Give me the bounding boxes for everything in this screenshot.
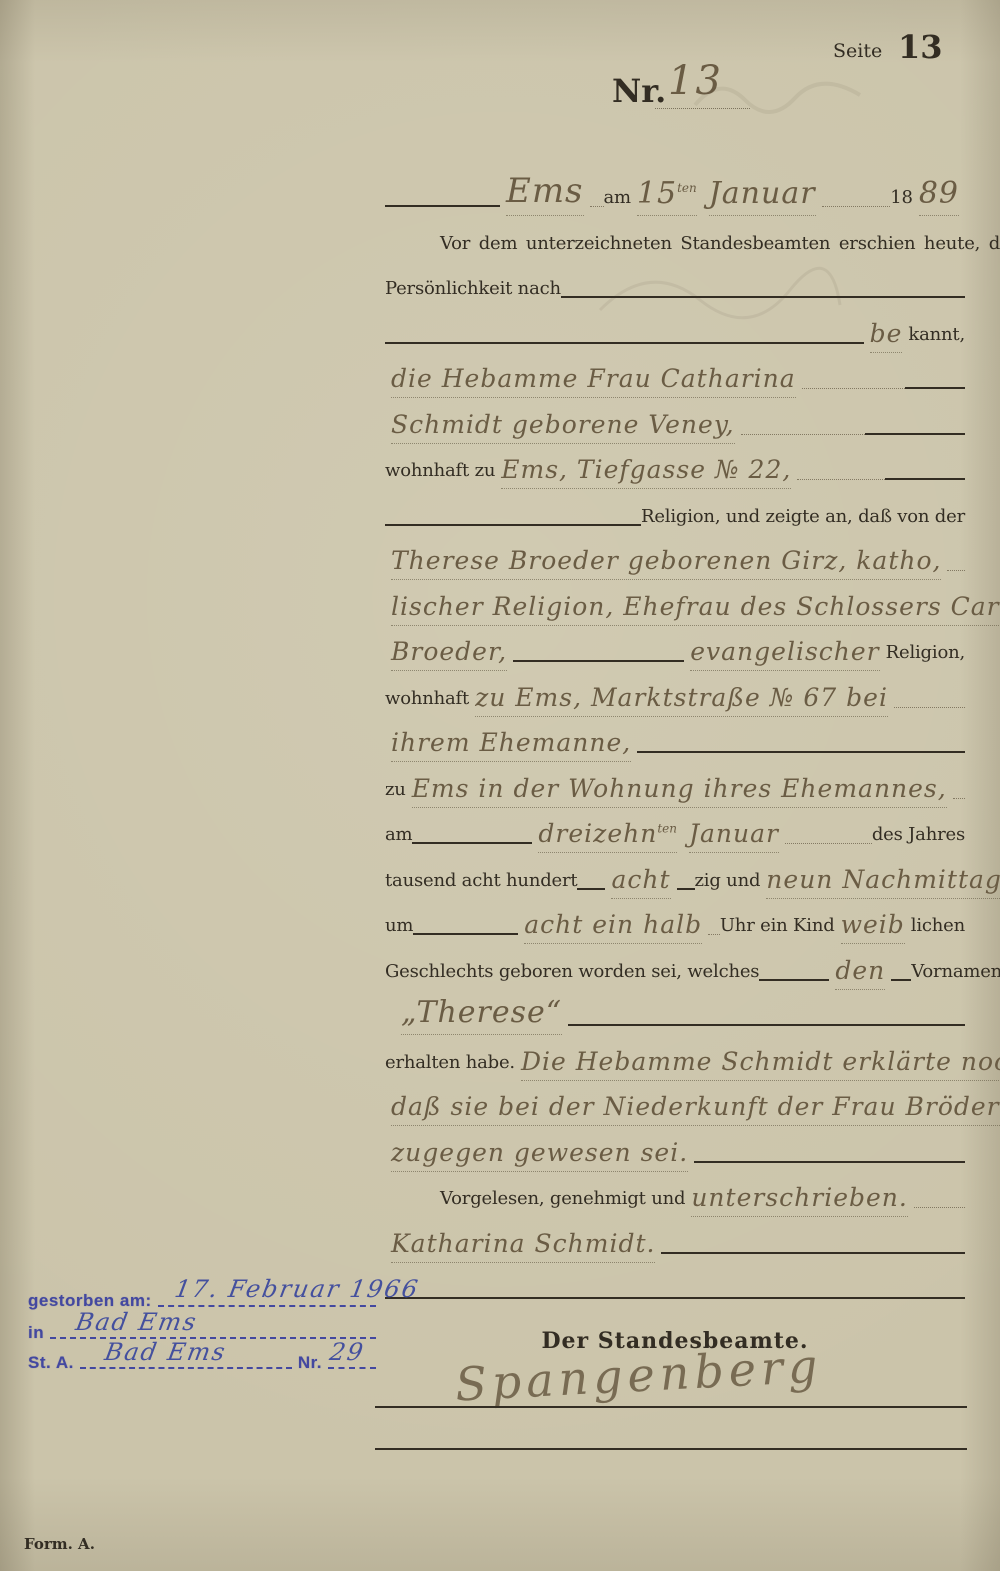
handwritten-entry: Ems, Tiefgasse № 22, [501,455,791,489]
death-place-label: in [28,1323,44,1344]
form-line: Emsam15tenJanuar1889 [385,126,965,216]
handwritten-entry: zugegen gewesen sei. [391,1138,688,1172]
printed-label: wohnhaft zu [385,460,495,489]
dotted-rule [708,934,720,935]
form-type-label: Form. A. [24,1535,95,1553]
handwritten-entry: ihrem Ehemanne, [391,728,631,762]
registry-document-page: Seite 13 Nr. 13 Emsam15tenJanuar1889Vor … [0,0,1000,1571]
blank-rule [385,1297,965,1299]
superscript: ten [657,822,677,836]
form-line: Geschlechts geboren worden sei, welchesd… [385,944,965,990]
form-line: umacht ein halbUhr ein Kindweiblichen [385,899,965,945]
death-number-value: 29 [328,1338,367,1366]
dotted-rule [894,707,965,708]
handwritten-entry: 15ten [637,176,697,216]
dotted-rule [953,798,965,799]
blank-rule [513,660,684,662]
dotted-rule [741,434,865,435]
printed-label: Geschlechts geboren worden sei, welches [385,961,759,990]
form-line: Schmidt geborene Veney, [385,398,965,444]
dotted-rule [947,570,965,571]
handwritten-entry: unterschrieben. [691,1183,908,1217]
form-line: Therese Broeder geborenen Girz, katho, [385,535,965,581]
handwritten-entry: die Hebamme Frau Catharina [391,364,796,398]
form-line: Vor dem unterzeichneten Standesbeamten e… [385,216,965,262]
signature-rule-1 [375,1406,967,1408]
form-line: erhalten habe.Die Hebamme Schmidt erklär… [385,1035,965,1081]
form-line: Vorgelesen, genehmigt undunterschrieben. [385,1172,965,1218]
handwritten-entry: Katharina Schmidt. [391,1229,655,1263]
printed-label: zu [385,779,406,808]
printed-label: erhalten habe. [385,1052,515,1081]
printed-label: zig und [695,870,761,899]
printed-label: Vornamen [911,961,1000,990]
printed-label: Uhr ein Kind [720,915,835,944]
death-place-value: Bad Ems [74,1308,200,1336]
printed-label: kannt, [908,324,965,353]
blank-rule [661,1252,965,1254]
form-line [385,1263,965,1309]
printed-label: 18 [890,187,913,216]
handwritten-entry: zu Ems, Marktstraße № 67 bei [475,683,888,717]
blank-rule [412,842,532,844]
death-number-line: 29 [328,1367,376,1369]
handwritten-entry: evangelischer [690,637,879,671]
form-line: tausend acht hundertachtzig undneun Nach… [385,853,965,899]
form-body: Emsam15tenJanuar1889Vor dem unterzeichne… [385,126,965,1308]
death-office-label: St. A. [28,1353,74,1374]
printed-label: Religion, und zeigte an, daß von der [641,506,965,535]
blank-rule [677,888,695,890]
printed-label: Persönlichkeit nach [385,278,561,307]
handwritten-entry: Ems in der Wohnung ihres Ehemannes, [412,774,947,808]
blank-rule [385,524,641,526]
death-date-line: 17. Februar 1966 [158,1305,376,1307]
form-line: ihrem Ehemanne, [385,717,965,763]
blank-rule [885,478,965,480]
form-line: daß sie bei der Niederkunft der Frau Brö… [385,1081,965,1127]
blank-rule [637,751,965,753]
printed-label: Vor dem unterzeichneten Standesbeamten e… [440,233,1000,262]
form-line: Broeder,evangelischerReligion, [385,626,965,672]
death-stamp-row-office: St. A. Bad Ems Nr. 29 [28,1344,376,1374]
form-line: bekannt, [385,307,965,353]
handwritten-entry: Januar [689,819,779,853]
handwritten-entry: daß sie bei der Niederkunft der Frau Brö… [391,1092,1000,1126]
blank-rule [865,433,965,435]
handwritten-entry: „Therese“ [401,995,562,1035]
handwritten-entry: acht ein halb [524,910,702,944]
handwritten-entry: be [870,319,903,353]
blank-rule [568,1024,965,1026]
form-line: zugegen gewesen sei. [385,1126,965,1172]
printed-label: Religion, [886,642,965,671]
handwritten-entry: Ems [506,171,584,216]
blank-rule [385,205,500,207]
handwritten-entry: lischer Religion, Ehefrau des Schlossers… [391,592,1000,626]
handwritten-entry: Schmidt geborene Veney, [391,410,735,444]
page-label: Seite [833,40,882,62]
handwritten-entry: Therese Broeder geborenen Girz, katho, [391,546,941,580]
death-stamp-row-date: gestorben am: 17. Februar 1966 [28,1260,376,1312]
superscript: ten [677,181,697,195]
printed-label: tausend acht hundert [385,870,577,899]
record-number-label: Nr. [612,72,666,110]
death-number-label: Nr. [298,1353,322,1374]
form-line: Religion, und zeigte an, daß von der [385,489,965,535]
blank-rule [413,933,518,935]
form-line: wohnhaft zuEms, Tiefgasse № 22, [385,444,965,490]
handwritten-entry: Broeder, [391,637,507,671]
form-line: zuEms in der Wohnung ihres Ehemannes, [385,762,965,808]
handwritten-entry: Die Hebamme Schmidt erklärte noch, [521,1047,1000,1081]
form-line: Katharina Schmidt. [385,1217,965,1263]
form-line: lischer Religion, Ehefrau des Schlossers… [385,580,965,626]
blank-rule [891,979,911,981]
handwritten-entry: neun Nachmittag [766,865,1000,899]
printed-label: Vorgelesen, genehmigt und [440,1188,685,1217]
dotted-rule [914,1207,965,1208]
blank-rule [694,1161,965,1163]
handwritten-entry: weib [841,910,905,944]
form-line: amdreizehntenJanuardes Jahres [385,808,965,854]
form-line: wohnhaftzu Ems, Marktstraße № 67 bei [385,671,965,717]
dotted-rule [797,479,885,480]
dotted-rule [785,843,872,844]
blank-rule [561,296,965,298]
blank-rule [385,342,864,344]
handwritten-entry: dreizehnten [538,819,677,853]
dotted-rule [802,388,905,389]
death-office-value: Bad Ems [103,1338,229,1366]
printed-label: lichen [911,915,965,944]
blank-rule [905,387,965,389]
handwritten-entry: den [835,956,885,990]
printed-label: um [385,915,413,944]
printed-label: des Jahres [872,824,965,853]
death-stamp: gestorben am: 17. Februar 1966 in Bad Em… [28,1260,376,1374]
dotted-rule [590,206,604,207]
form-line: die Hebamme Frau Catharina [385,353,965,399]
record-number-value: 13 [668,58,723,104]
form-line: Persönlichkeit nach [385,262,965,308]
printed-label: wohnhaft [385,688,469,717]
handwritten-entry: acht [611,865,670,899]
signature-rule-2 [375,1448,967,1450]
dotted-rule [822,206,891,207]
form-line: „Therese“ [385,990,965,1036]
printed-label: am [604,187,631,216]
handwritten-entry: Januar [709,176,816,216]
blank-rule [577,888,605,890]
page-number: 13 [898,28,943,66]
blank-rule [759,979,829,981]
record-number-underline [655,108,750,109]
death-office-line: Bad Ems [80,1367,292,1369]
handwritten-entry: 89 [919,176,959,216]
printed-label: am [385,824,412,853]
death-date-value: 17. Februar 1966 [173,1275,422,1303]
